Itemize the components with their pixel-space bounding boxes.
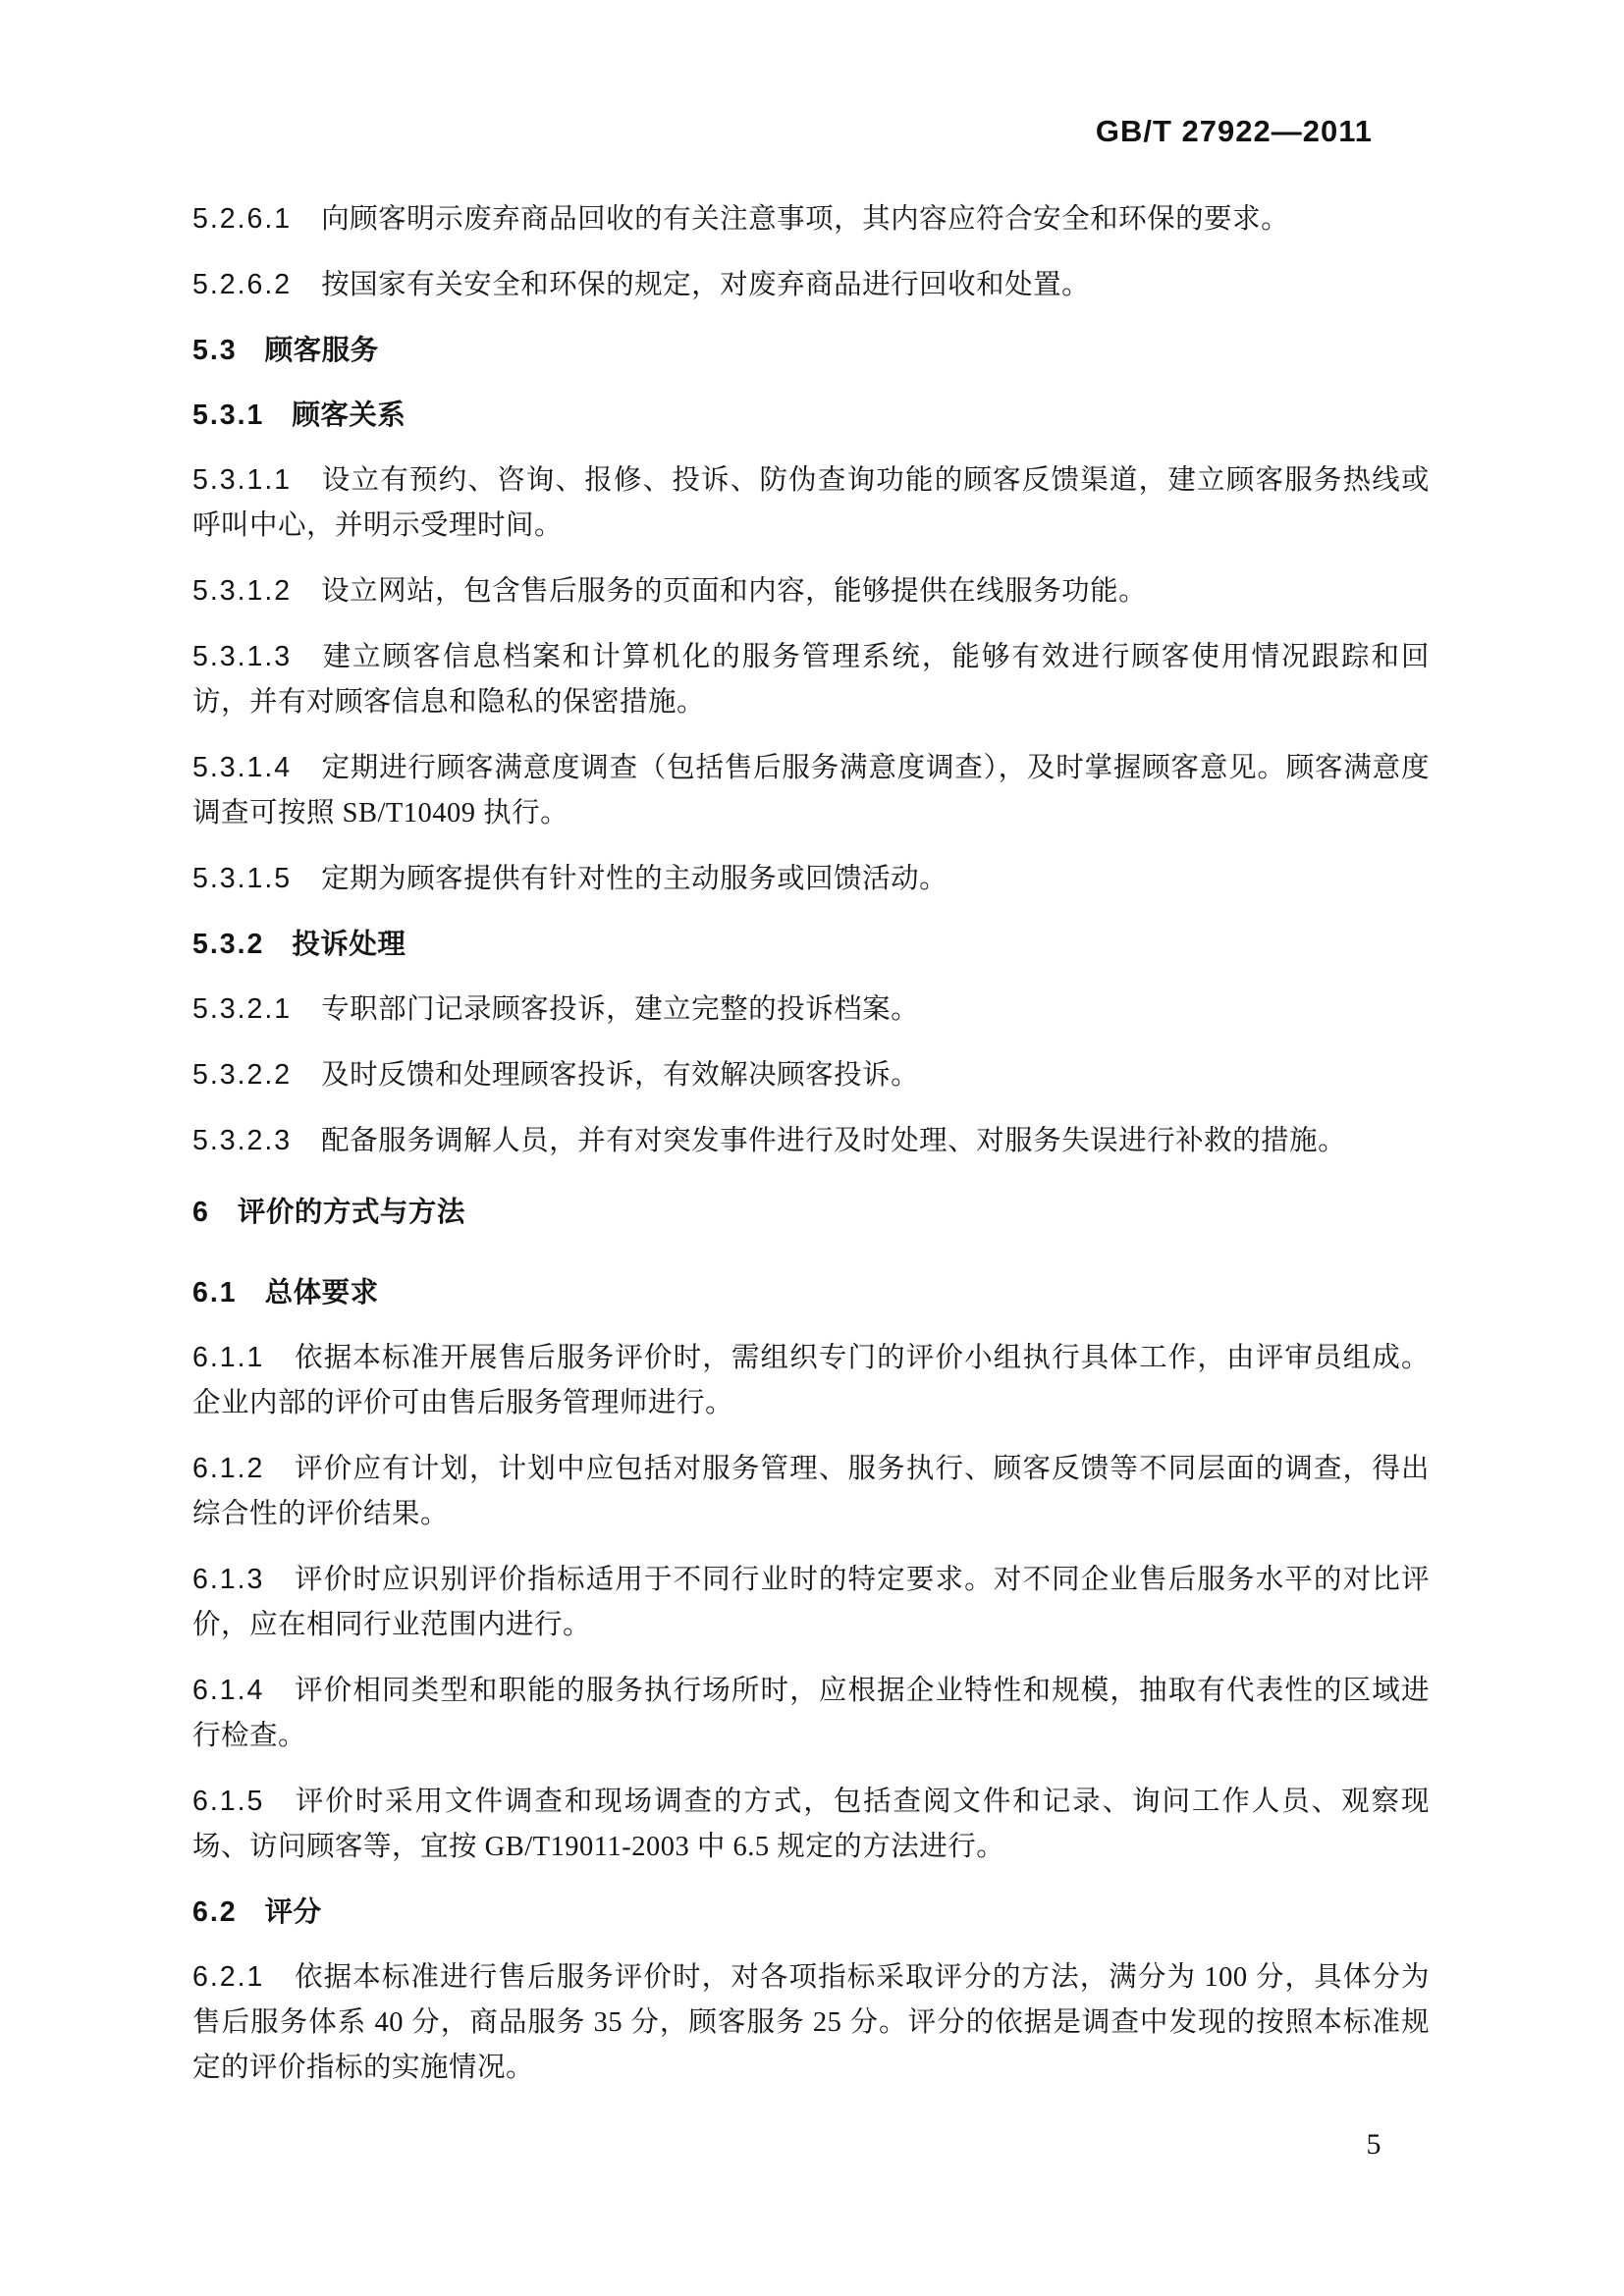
- clause-number: 5.2.6.2: [192, 269, 292, 300]
- clause-paragraph: 6.1.2评价应有计划，计划中应包括对服务管理、服务执行、顾客反馈等不同层面的调…: [192, 1446, 1430, 1537]
- clause-number: 6.1.4: [192, 1675, 264, 1706]
- clause-paragraph: 5.3.2.2及时反馈和处理顾客投诉，有效解决顾客投诉。: [192, 1052, 1430, 1098]
- clause-paragraph: 6.1.4评价相同类型和职能的服务执行场所时，应根据企业特性和规模，抽取有代表性…: [192, 1668, 1430, 1759]
- clause-number: 5.3.1.2: [192, 575, 292, 607]
- section-heading: 5.3顾客服务: [192, 328, 1430, 373]
- section-heading: 6.2评分: [192, 1890, 1430, 1935]
- heading-text: 顾客关系: [292, 400, 406, 431]
- clause-text: 定期进行顾客满意度调查（包括售后服务满意度调查），及时掌握顾客意见。顾客满意度调…: [192, 753, 1430, 828]
- section-heading: 5.3.1顾客关系: [192, 393, 1430, 438]
- document-page: GB/T 27922—2011 5.2.6.1向顾客明示废弃商品回收的有关注意事…: [0, 0, 1624, 2296]
- clause-text: 评价时采用文件调查和现场调查的方式，包括查阅文件和记录、询问工作人员、观察现场、…: [192, 1787, 1430, 1862]
- section-heading: 6.1总体要求: [192, 1270, 1430, 1315]
- heading-number: 6: [192, 1197, 210, 1228]
- clause-paragraph: 6.1.5评价时采用文件调查和现场调查的方式，包括查阅文件和记录、询问工作人员、…: [192, 1779, 1430, 1870]
- clause-text: 依据本标准进行售后服务评价时，对各项指标采取评分的方法，满分为 100 分，具体…: [192, 1962, 1430, 2083]
- clause-number: 6.1.2: [192, 1453, 264, 1484]
- clause-number: 6.1.5: [192, 1786, 264, 1817]
- heading-number: 5.3: [192, 335, 238, 366]
- clause-text: 评价相同类型和职能的服务执行场所时，应根据企业特性和规模，抽取有代表性的区域进行…: [192, 1676, 1430, 1751]
- heading-number: 5.3.1: [192, 400, 264, 431]
- clause-text: 建立顾客信息档案和计算机化的服务管理系统，能够有效进行顾客使用情况跟踪和回访，并…: [192, 642, 1430, 718]
- clause-text: 评价应有计划，计划中应包括对服务管理、服务执行、顾客反馈等不同层面的调查，得出综…: [192, 1454, 1430, 1529]
- heading-number: 6.2: [192, 1896, 238, 1928]
- clause-number: 6.2.1: [192, 1961, 264, 1993]
- clause-text: 定期为顾客提供有针对性的主动服务或回馈活动。: [321, 864, 947, 894]
- clause-paragraph: 5.3.2.3配备服务调解人员，并有对突发事件进行及时处理、对服务失误进行补救的…: [192, 1118, 1430, 1164]
- clause-paragraph: 5.3.2.1专职部门记录顾客投诉，建立完整的投诉档案。: [192, 987, 1430, 1033]
- clause-paragraph: 5.3.1.4定期进行顾客满意度调查（包括售后服务满意度调查），及时掌握顾客意见…: [192, 745, 1430, 836]
- section-heading: 5.3.2投诉处理: [192, 922, 1430, 967]
- clause-number: 5.3.1.5: [192, 863, 292, 894]
- clause-text: 设立网站，包含售后服务的页面和内容，能够提供在线服务功能。: [321, 576, 1147, 607]
- clause-text: 评价时应识别评价指标适用于不同行业时的特定要求。对不同企业售后服务水平的对比评价…: [192, 1565, 1430, 1640]
- clause-paragraph: 5.3.1.5定期为顾客提供有针对性的主动服务或回馈活动。: [192, 856, 1430, 902]
- clause-number: 5.3.1.1: [192, 464, 292, 496]
- clause-text: 按国家有关安全和环保的规定，对废弃商品进行回收和处置。: [321, 270, 1090, 300]
- clause-number: 6.1.3: [192, 1564, 264, 1595]
- heading-text: 总体要求: [265, 1277, 379, 1308]
- clause-text: 配备服务调解人员，并有对突发事件进行及时处理、对服务失误进行补救的措施。: [321, 1126, 1346, 1156]
- running-header: GB/T 27922—2011: [1096, 114, 1373, 149]
- heading-text: 评分: [265, 1896, 322, 1928]
- clause-paragraph: 5.2.6.2按国家有关安全和环保的规定，对废弃商品进行回收和处置。: [192, 262, 1430, 308]
- clause-paragraph: 5.3.1.3建立顾客信息档案和计算机化的服务管理系统，能够有效进行顾客使用情况…: [192, 634, 1430, 725]
- clause-number: 5.3.1.4: [192, 752, 292, 783]
- clause-number: 5.3.2.1: [192, 993, 292, 1025]
- clause-number: 5.3.2.2: [192, 1059, 292, 1091]
- page-number: 5: [1329, 2128, 1418, 2162]
- clause-paragraph: 5.3.1.1设立有预约、咨询、报修、投诉、防伪查询功能的顾客反馈渠道，建立顾客…: [192, 457, 1430, 549]
- chapter-heading: 6评价的方式与方法: [192, 1190, 1430, 1235]
- heading-text: 评价的方式与方法: [238, 1197, 465, 1228]
- clause-number: 5.2.6.1: [192, 203, 292, 235]
- standard-code: GB/T 27922—2011: [1096, 114, 1373, 148]
- clause-text: 向顾客明示废弃商品回收的有关注意事项，其内容应符合安全和环保的要求。: [321, 204, 1289, 235]
- clause-text: 及时反馈和处理顾客投诉，有效解决顾客投诉。: [321, 1060, 919, 1091]
- clause-number: 6.1.1: [192, 1342, 264, 1373]
- heading-number: 5.3.2: [192, 929, 264, 960]
- clause-text: 设立有预约、咨询、报修、投诉、防伪查询功能的顾客反馈渠道，建立顾客服务热线或呼叫…: [192, 465, 1430, 541]
- clause-paragraph: 6.1.1依据本标准开展售后服务评价时，需组织专门的评价小组执行具体工作，由评审…: [192, 1335, 1430, 1426]
- heading-text: 投诉处理: [292, 929, 406, 960]
- heading-number: 6.1: [192, 1277, 238, 1308]
- clause-paragraph: 5.3.1.2设立网站，包含售后服务的页面和内容，能够提供在线服务功能。: [192, 568, 1430, 614]
- clause-paragraph: 6.1.3评价时应识别评价指标适用于不同行业时的特定要求。对不同企业售后服务水平…: [192, 1557, 1430, 1648]
- clause-number: 5.3.1.3: [192, 641, 292, 672]
- clause-text: 依据本标准开展售后服务评价时，需组织专门的评价小组执行具体工作，由评审员组成。企…: [192, 1343, 1430, 1418]
- clause-paragraph: 5.2.6.1向顾客明示废弃商品回收的有关注意事项，其内容应符合安全和环保的要求…: [192, 196, 1430, 242]
- clause-paragraph: 6.2.1依据本标准进行售后服务评价时，对各项指标采取评分的方法，满分为 100…: [192, 1954, 1430, 2091]
- clause-number: 5.3.2.3: [192, 1125, 292, 1156]
- document-body: 5.2.6.1向顾客明示废弃商品回收的有关注意事项，其内容应符合安全和环保的要求…: [192, 196, 1430, 2110]
- clause-text: 专职部门记录顾客投诉，建立完整的投诉档案。: [321, 994, 919, 1025]
- heading-text: 顾客服务: [265, 335, 379, 366]
